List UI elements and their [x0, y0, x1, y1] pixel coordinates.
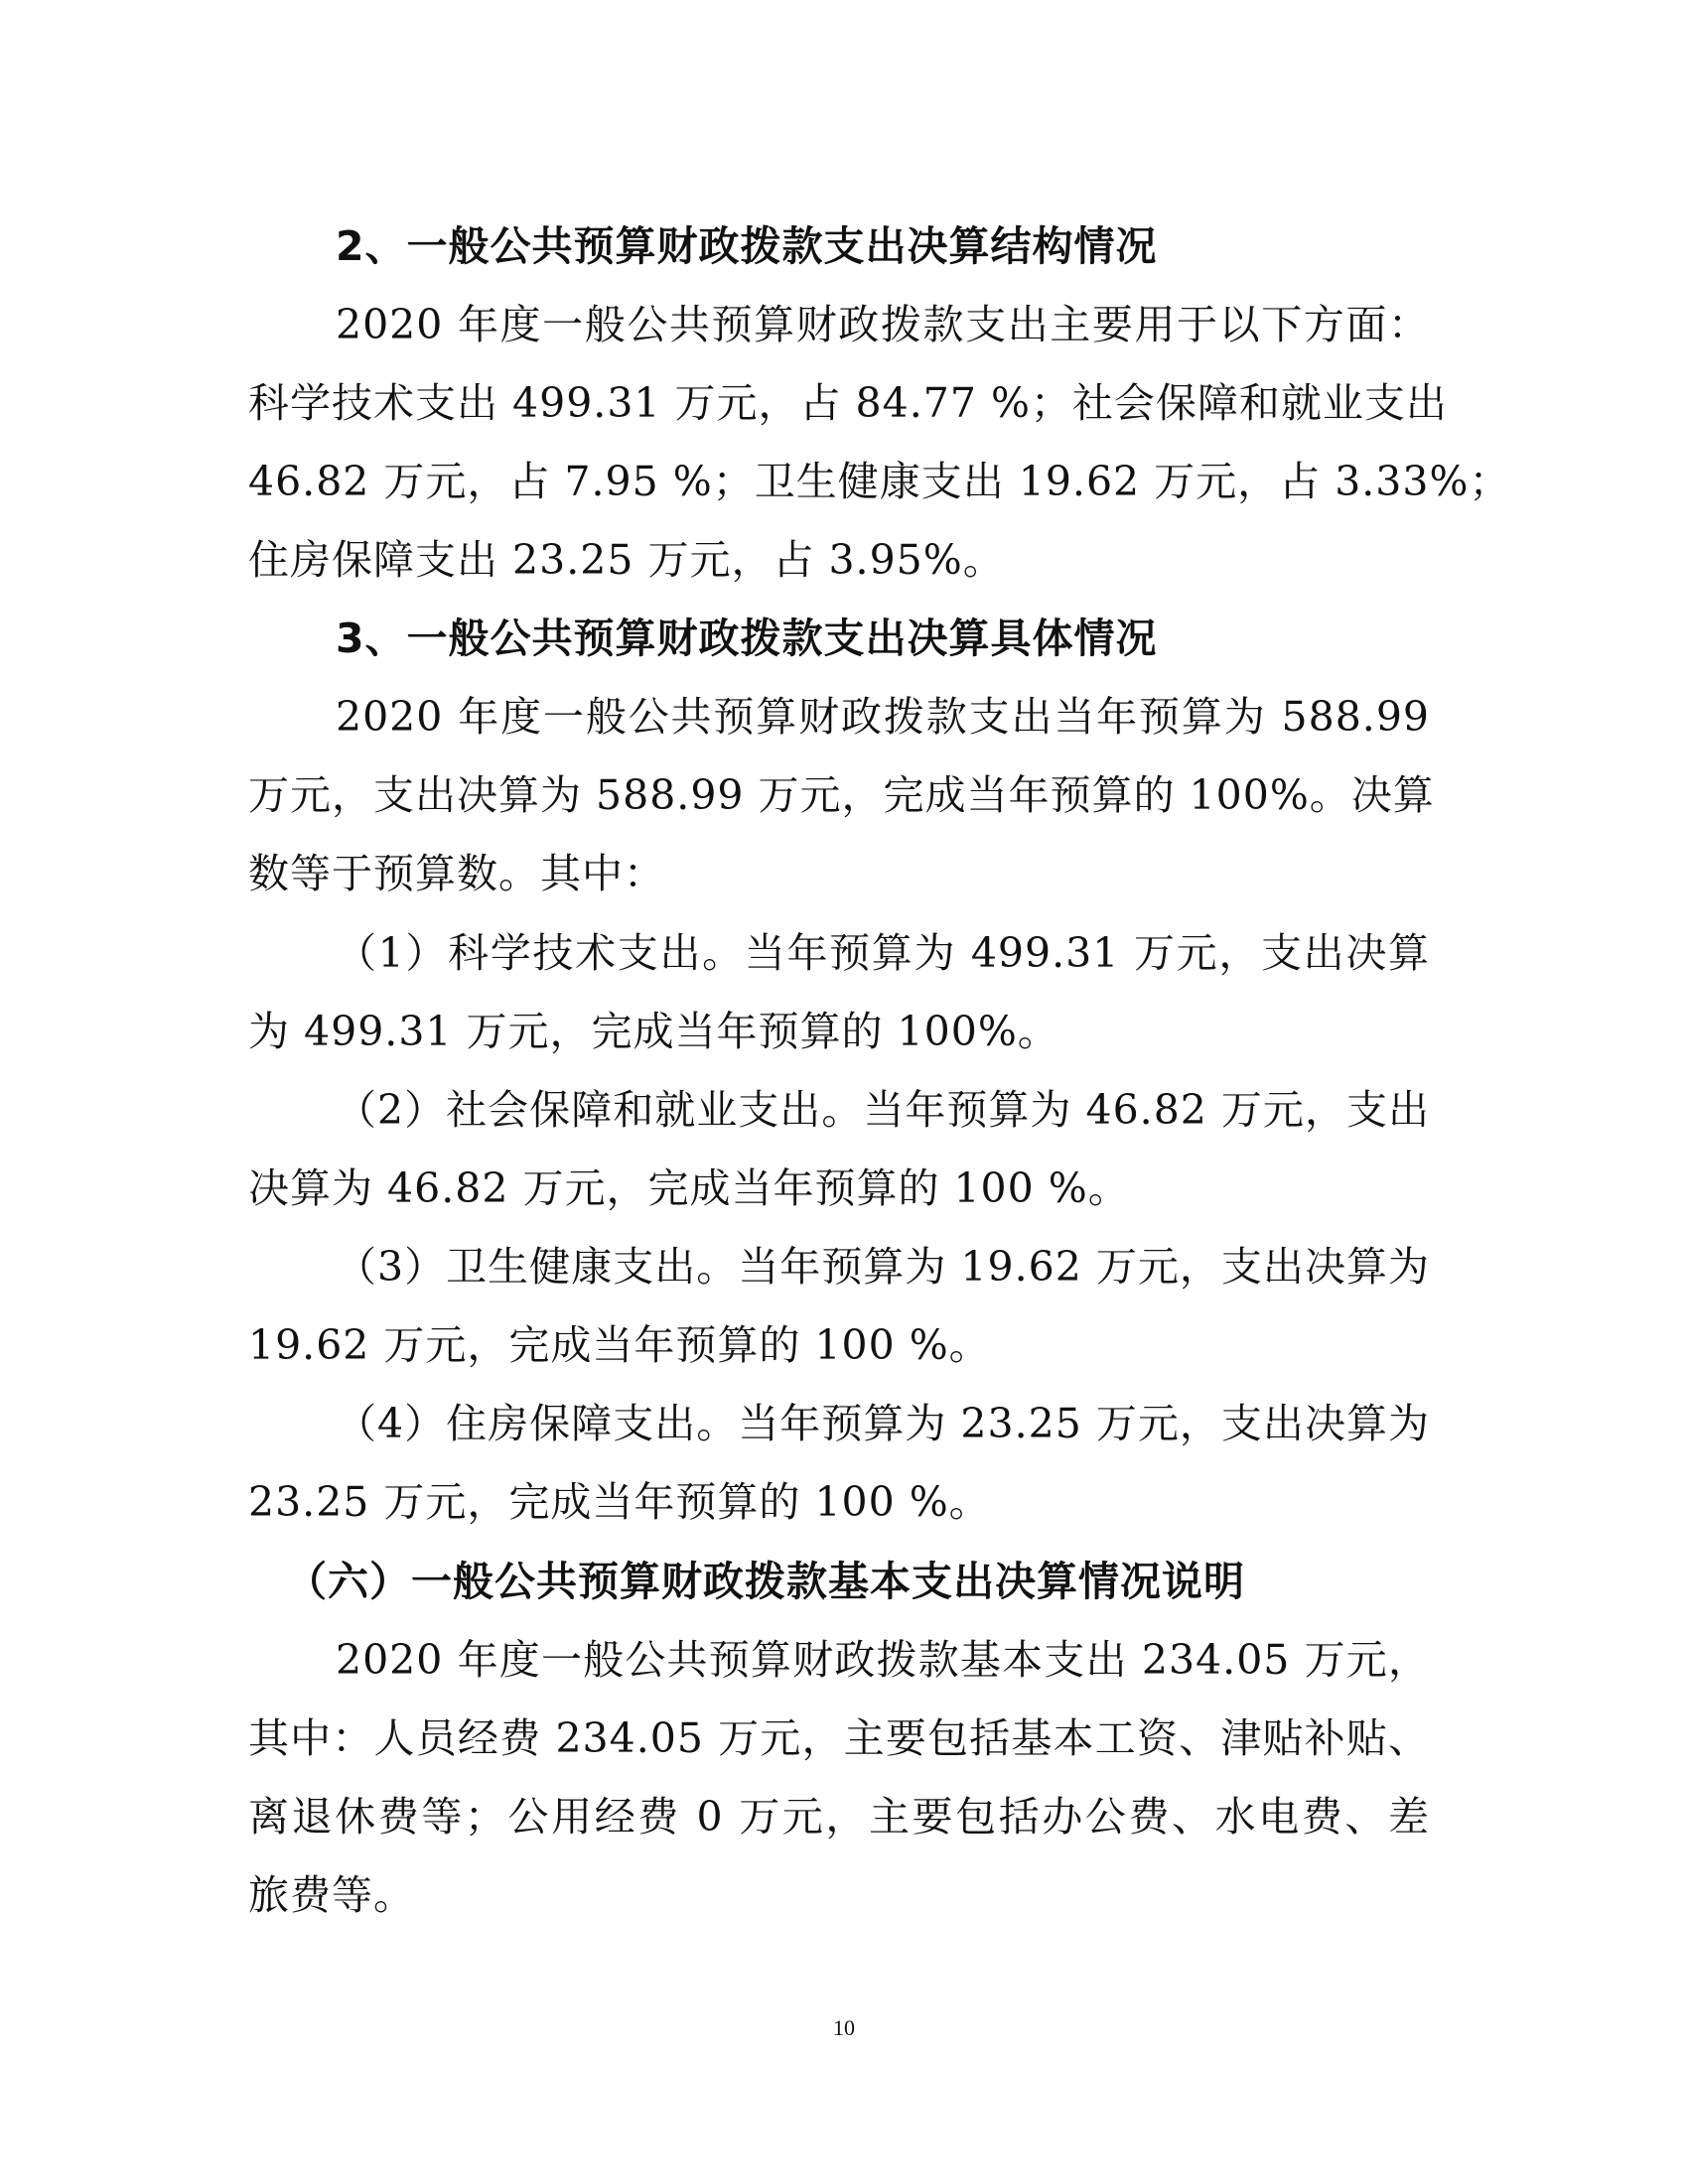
paragraph-line: 2020 年度一般公共预算财政拨款支出主要用于以下方面：	[336, 295, 1430, 354]
paragraph-line: 数等于预算数。其中：	[248, 844, 1430, 903]
paragraph-line: （2）社会保障和就业支出。当年预算为 46.82 万元，支出	[336, 1080, 1430, 1140]
paragraph-line: 为 499.31 万元，完成当年预算的 100%。	[248, 1002, 1430, 1061]
section-2-heading: 2、一般公共预算财政拨款支出决算结构情况	[336, 216, 1430, 276]
page-number: 10	[0, 2015, 1688, 2041]
paragraph-line: 其中：人员经费 234.05 万元，主要包括基本工资、津贴补贴、	[248, 1708, 1430, 1768]
paragraph-line: 2020 年度一般公共预算财政拨款支出当年预算为 588.99	[336, 687, 1430, 747]
paragraph-line: 住房保障支出 23.25 万元，占 3.95%。	[248, 530, 1430, 590]
paragraph-line: 决算为 46.82 万元，完成当年预算的 100 %。	[248, 1159, 1430, 1218]
paragraph-line: 19.62 万元，完成当年预算的 100 %。	[248, 1315, 1430, 1375]
section-3-heading: 3、一般公共预算财政拨款支出决算具体情况	[336, 609, 1430, 668]
paragraph-line: （3）卫生健康支出。当年预算为 19.62 万元，支出决算为	[336, 1237, 1430, 1297]
section-6-heading: （六）一般公共预算财政拨款基本支出决算情况说明	[286, 1552, 1468, 1611]
paragraph-line: 万元，支出决算为 588.99 万元，完成当年预算的 100%。决算	[248, 765, 1430, 825]
paragraph-line: 2020 年度一般公共预算财政拨款基本支出 234.05 万元，	[336, 1630, 1430, 1690]
paragraph-line: 23.25 万元，完成当年预算的 100 %。	[248, 1472, 1430, 1532]
paragraph-line: 46.82 万元，占 7.95 %；卫生健康支出 19.62 万元，占 3.33…	[248, 452, 1430, 511]
paragraph-line: （1）科学技术支出。当年预算为 499.31 万元，支出决算	[336, 923, 1430, 983]
paragraph-line: 科学技术支出 499.31 万元，占 84.77 %；社会保障和就业支出	[248, 373, 1430, 433]
paragraph-line: 离退休费等；公用经费 0 万元，主要包括办公费、水电费、差	[248, 1787, 1430, 1846]
paragraph-line: 旅费等。	[248, 1865, 1430, 1925]
paragraph-line: （4）住房保障支出。当年预算为 23.25 万元，支出决算为	[336, 1394, 1430, 1453]
